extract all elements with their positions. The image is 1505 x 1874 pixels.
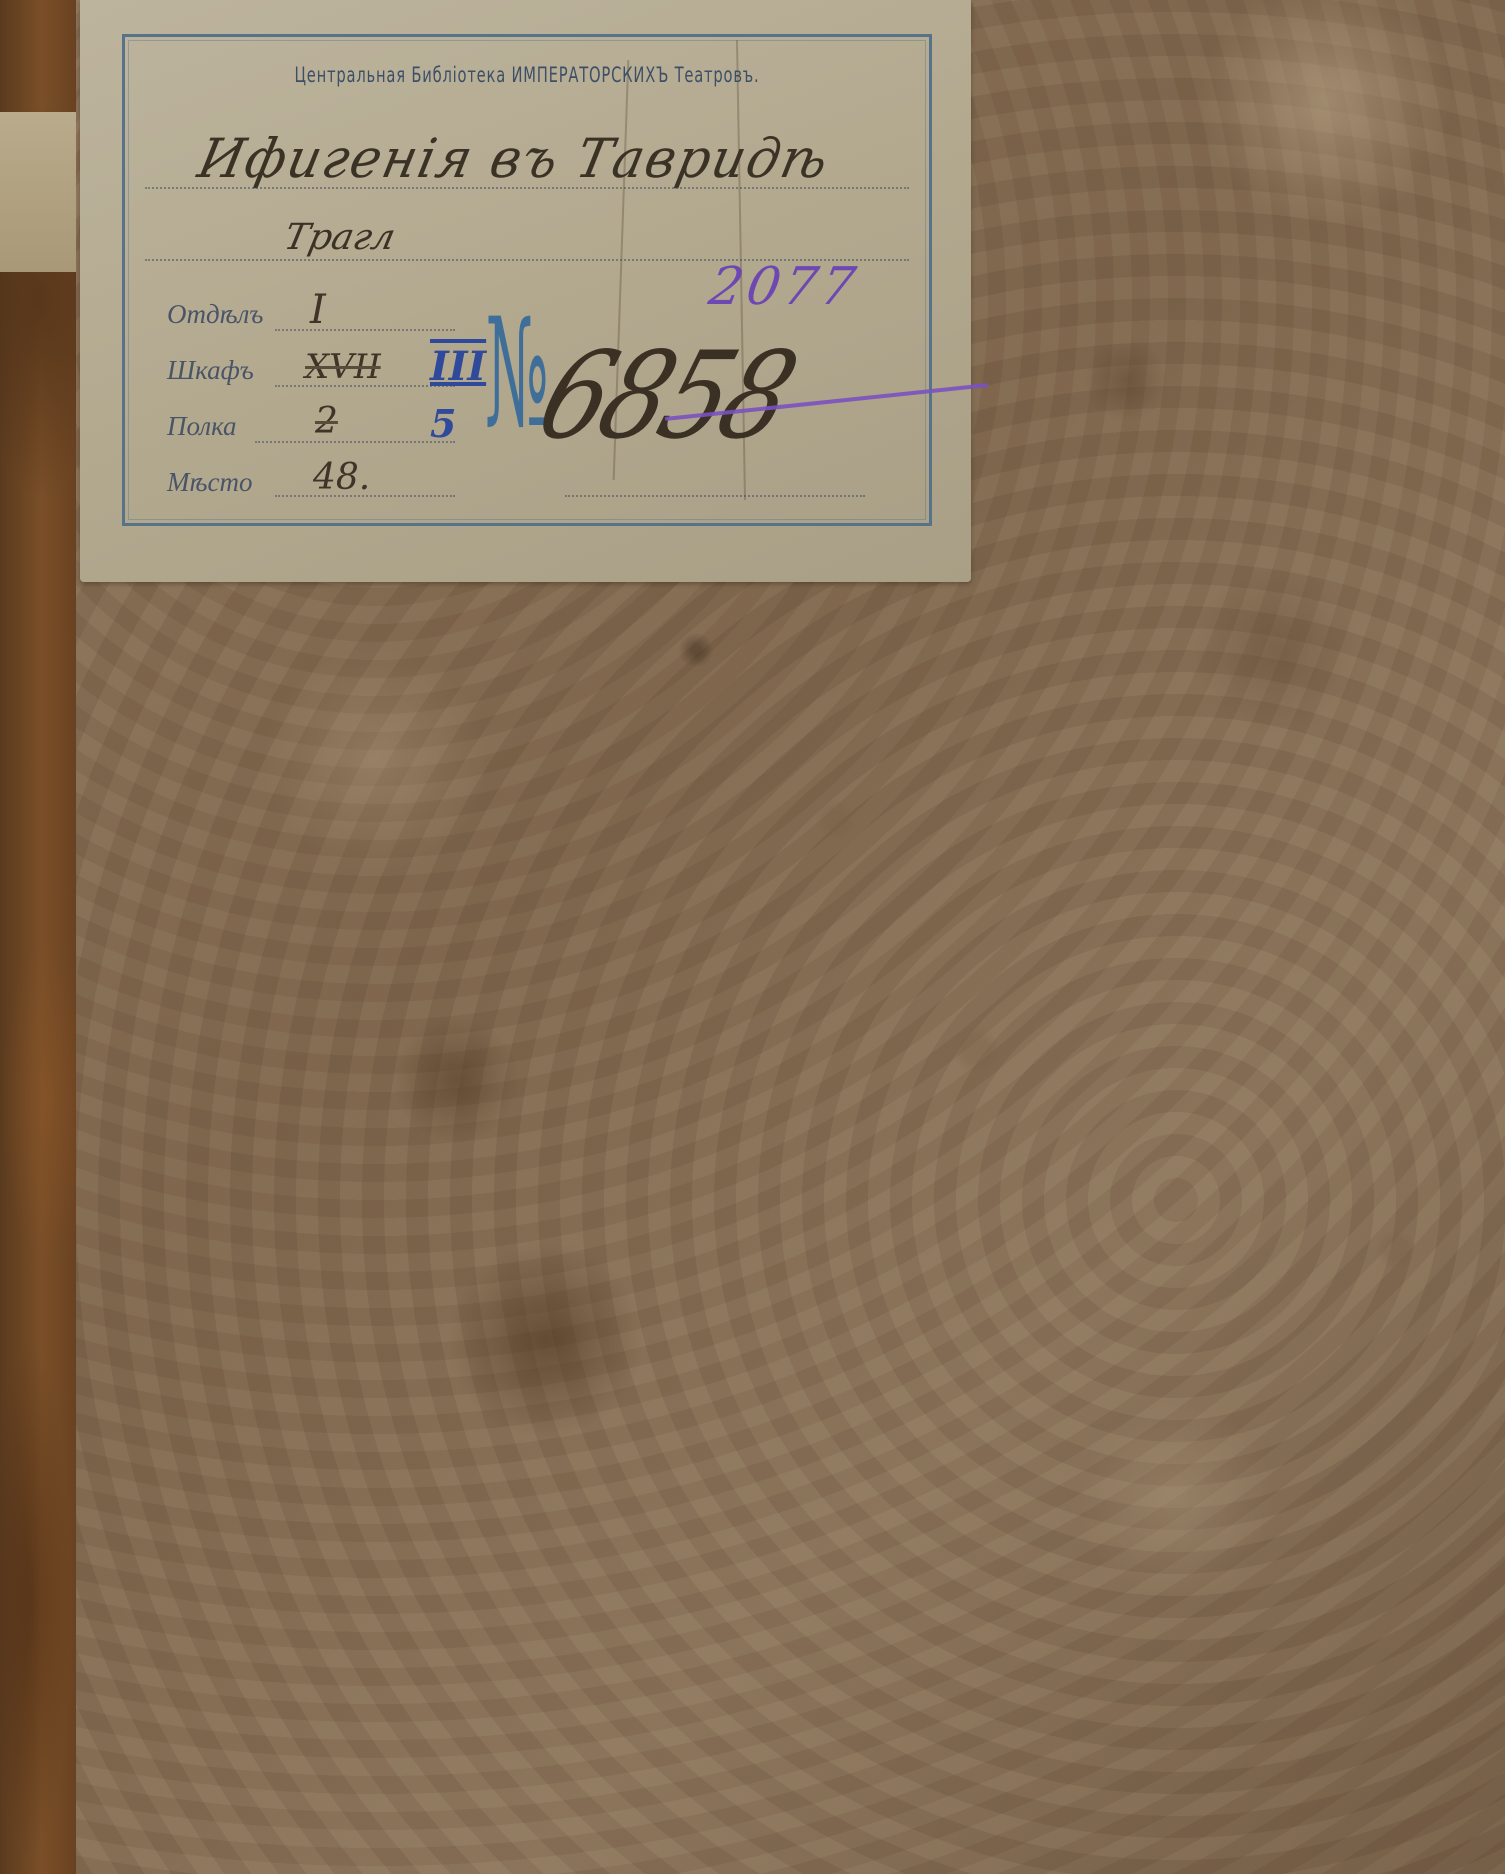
field-value-otdel: I: [310, 287, 326, 333]
number-dotted-line: [565, 495, 865, 497]
field-label-shkaf: Шкафъ: [167, 355, 254, 386]
field-value-polka-new: 5: [430, 401, 456, 446]
handwritten-title: Ифигенія въ Тавридѣ: [193, 127, 836, 190]
old-catalog-number: 6858: [526, 337, 804, 457]
field-label-mesto: Мѣсто: [167, 467, 252, 498]
library-name: Центральная Библіотека ИМПЕРАТОРСКИХЪ Те…: [213, 63, 840, 87]
label-frame: Центральная Библіотека ИМПЕРАТОРСКИХЪ Те…: [122, 34, 932, 526]
handwritten-subtitle: Трагл: [281, 217, 399, 258]
field-value-shkaf-new: III: [430, 343, 486, 390]
field-label-otdel: Отдѣлъ: [167, 299, 263, 330]
spine-paper-patch: [0, 112, 82, 272]
new-catalog-number: 2077: [705, 257, 864, 317]
library-label: Центральная Библіотека ИМПЕРАТОРСКИХЪ Те…: [80, 0, 971, 582]
field-dotted-line: [275, 329, 455, 331]
field-label-polka: Полка: [167, 411, 237, 442]
title-dotted-line: [145, 187, 909, 189]
field-value-polka-old: 2: [315, 401, 338, 442]
field-value-shkaf-old: XVII: [305, 347, 381, 387]
field-value-mesto: 48.: [313, 457, 370, 498]
field-dotted-line: [255, 441, 455, 443]
